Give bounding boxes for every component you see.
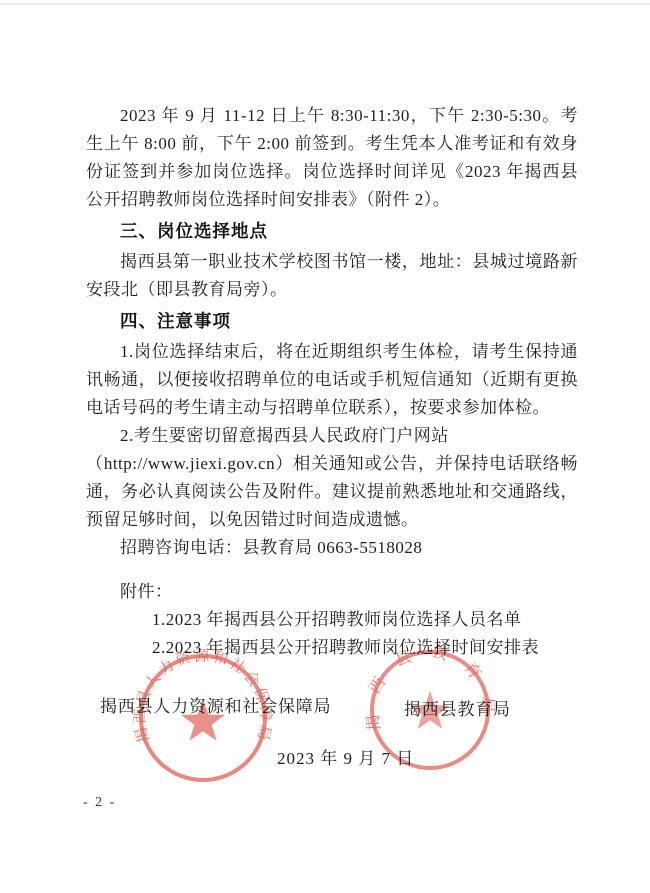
seal-left-star-icon: [181, 699, 225, 741]
section4-item1: 1.岗位选择结束后，将在近期组织考生体检，请考生保持通讯畅通，以便接收招聘单位的…: [86, 338, 578, 422]
section4-item2-rest: （http://www.jiexi.gov.cn）相关通知或公告，并保持电话联络…: [86, 450, 578, 534]
section4-item2-line1: 2.考生要密切留意揭西县人民政府门户网站: [86, 422, 578, 450]
seal-right-star-icon: [410, 691, 450, 729]
phone-line: 招聘咨询电话：县教育局 0663-5518028: [86, 534, 578, 562]
document-page: 2023 年 9 月 11-12 日上午 8:30-11:30，下午 2:30-…: [0, 0, 650, 893]
intro-paragraph: 2023 年 9 月 11-12 日上午 8:30-11:30，下午 2:30-…: [86, 102, 578, 214]
official-seal-education-bureau-icon: 揭西县教育局: [362, 644, 498, 780]
section3-body: 揭西县第一职业技术学校图书馆一楼，地址：县城过境路新安段北（即县教育局旁）。: [86, 248, 578, 304]
section3-heading: 三、岗位选择地点: [86, 217, 578, 245]
attachments-label: 附件：: [86, 578, 578, 606]
attachment-item-1: 1.2023 年揭西县公开招聘教师岗位选择人员名单: [86, 606, 578, 634]
official-seal-hr-bureau-icon: 揭西县人力资源和社会保障局: [126, 641, 280, 797]
document-body: 2023 年 9 月 11-12 日上午 8:30-11:30，下午 2:30-…: [86, 102, 578, 662]
scan-edge-artifact: [0, 3, 650, 5]
section4-heading: 四、注意事项: [86, 307, 578, 335]
page-number: - 2 -: [83, 795, 116, 811]
